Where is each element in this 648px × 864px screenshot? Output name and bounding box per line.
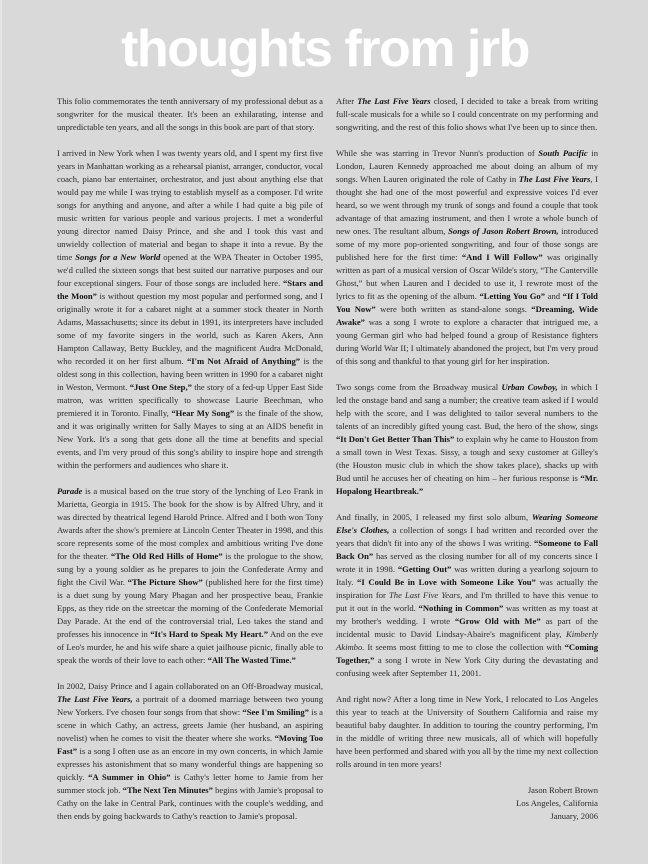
- text-run: was a song I wrote to explore a characte…: [336, 317, 598, 366]
- text-run: After: [336, 96, 357, 106]
- song-title: “All The Wasted Time.”: [208, 655, 296, 665]
- text-run: And right now? After a long time in New …: [336, 694, 598, 769]
- show-title: South Pacific: [538, 148, 587, 158]
- show-title: The Last Five Years,: [57, 694, 133, 704]
- song-title: “It's Hard to Speak My Heart.”: [150, 629, 268, 639]
- paragraph: Parade is a musical based on the true st…: [57, 485, 323, 667]
- song-title: “The Next Ten Minutes”: [123, 785, 213, 795]
- text-run: is a musical based on the true story of …: [57, 486, 323, 561]
- paragraph: After The Last Five Years closed, I deci…: [336, 95, 598, 134]
- show-title: The Last Five Years: [519, 174, 591, 184]
- text-run: And finally, in 2005, I released my firs…: [336, 512, 532, 522]
- song-title: “Hear My Song”: [171, 408, 234, 418]
- song-title: “Just One Step,”: [130, 382, 192, 392]
- paragraph: While she was starring in Trevor Nunn's …: [336, 147, 598, 368]
- paragraph: And right now? After a long time in New …: [336, 693, 598, 771]
- text-run: While she was starring in Trevor Nunn's …: [336, 148, 538, 158]
- text-run: Two songs come from the Broadway musical: [336, 382, 501, 392]
- show-title: The Last Five Years: [357, 96, 430, 106]
- show-title: Songs for a New World: [75, 252, 160, 262]
- song-title: “I'm Not Afraid of Anything”: [187, 356, 300, 366]
- song-title: “Grow Old with Me”: [455, 616, 541, 626]
- text-run: I arrived in New York when I was twenty …: [57, 148, 323, 262]
- text-run: were both written as stand-alone songs.: [376, 304, 532, 314]
- signature-date: January, 2006: [336, 810, 598, 823]
- text-run: This folio commemorates the tenth annive…: [57, 96, 323, 132]
- paragraph: In 2002, Daisy Prince and I again collab…: [57, 680, 323, 823]
- paragraph: Two songs come from the Broadway musical…: [336, 381, 598, 498]
- text-run: and: [545, 291, 563, 301]
- show-title: Parade: [57, 486, 82, 496]
- song-title: “It Don't Get Better Than This”: [336, 434, 454, 444]
- song-title: “See I'm Smiling”: [242, 707, 309, 717]
- paragraph: I arrived in New York when I was twenty …: [57, 147, 323, 472]
- show-title: Songs of Jason Robert Brown,: [448, 226, 558, 236]
- song-title: “A Summer in Ohio”: [88, 772, 170, 782]
- italic-title: The Last Five Years: [389, 590, 460, 600]
- song-title: “Letting You Go”: [480, 291, 546, 301]
- song-title: “The Old Red Hills of Home”: [111, 551, 223, 561]
- song-title: “Nothing in Common”: [419, 603, 504, 613]
- folio-page: thoughts from jrb This folio commemorate…: [0, 0, 648, 864]
- song-title: “Getting Out”: [398, 564, 451, 574]
- text-run: In 2002, Daisy Prince and I again collab…: [57, 681, 323, 691]
- paragraph: And finally, in 2005, I released my firs…: [336, 511, 598, 680]
- song-title: “The Picture Show”: [128, 577, 203, 587]
- song-title: “I Could Be in Love with Someone Like Yo…: [357, 577, 536, 587]
- text-run: is without question my most popular and …: [57, 291, 323, 366]
- right-column: After The Last Five Years closed, I deci…: [336, 95, 598, 823]
- song-title: “And I Will Follow”: [462, 252, 543, 262]
- signature-place: Los Angeles, California: [336, 797, 598, 810]
- page-title: thoughts from jrb: [2, 18, 648, 80]
- text-run: It seems most fitting to me to close the…: [364, 642, 564, 652]
- signature-name: Jason Robert Brown: [336, 784, 598, 797]
- left-column: This folio commemorates the tenth annive…: [57, 95, 323, 836]
- paragraph: This folio commemorates the tenth annive…: [57, 95, 323, 134]
- show-title: Urban Cowboy,: [501, 382, 557, 392]
- signature-block: Jason Robert BrownLos Angeles, Californi…: [336, 784, 598, 823]
- text-run: a song I wrote in New York City during t…: [336, 655, 598, 678]
